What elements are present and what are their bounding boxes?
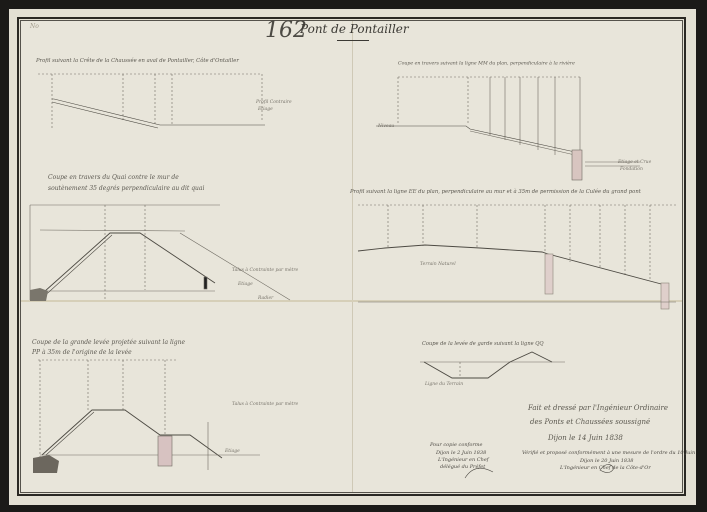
large-arch-cut-drawing <box>33 360 260 473</box>
profile-left-bank-drawing <box>38 74 265 128</box>
engineering-drawings <box>0 0 707 512</box>
small-levee-cut-drawing <box>420 352 565 378</box>
quay-cut-drawing <box>30 205 290 301</box>
cut-top-right-drawing <box>376 77 640 180</box>
profile-line-ee-drawing <box>358 205 676 309</box>
